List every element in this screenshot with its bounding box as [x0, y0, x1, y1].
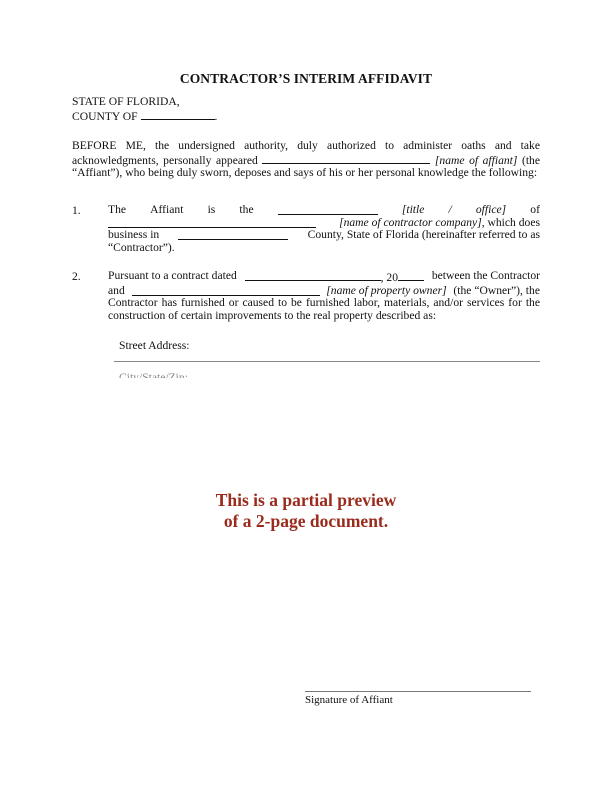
contract-dated: Pursuant to a contract dated: [108, 270, 237, 285]
item-1: The Affiant is the [title / office] of […: [108, 204, 540, 254]
venue-block: STATE OF FLORIDA, COUNTY OF .: [72, 96, 217, 123]
word: is: [208, 204, 216, 217]
company-placeholder: [name of contractor company]: [339, 216, 482, 229]
item-2: Pursuant to a contract dated , 20 betwee…: [108, 270, 540, 322]
item-1-number: 1.: [72, 204, 81, 217]
preview-line-2: of a 2-page document.: [0, 511, 612, 532]
item-2-number: 2.: [72, 270, 81, 283]
city-state-zip-label: City/State/Zip:: [119, 372, 188, 378]
document-page: CONTRACTOR’S INTERIM AFFIDAVIT STATE OF …: [0, 0, 612, 792]
business-in: business in: [108, 229, 159, 242]
word: The: [108, 204, 126, 217]
item-2-line-3: Contractor has furnished or caused to be…: [108, 297, 540, 310]
word: Affiant: [150, 204, 183, 217]
company-blank[interactable]: [108, 217, 316, 228]
street-address-line[interactable]: [114, 361, 540, 362]
item-2-line-4: construction of certain improvements to …: [108, 310, 540, 323]
word: the: [239, 204, 253, 217]
county-line: COUNTY OF .: [72, 109, 217, 124]
county-label: COUNTY OF: [72, 110, 138, 123]
preview-line-1: This is a partial preview: [0, 490, 612, 511]
affiant-placeholder: [name of affiant]: [435, 154, 518, 167]
county-suffix: .: [215, 110, 218, 123]
company-suffix: , which does: [482, 216, 540, 229]
signature-label: Signature of Affiant: [305, 694, 393, 706]
county-text: County, State of Florida (hereinafter re…: [308, 229, 540, 242]
contract-date-blank[interactable]: [245, 270, 381, 281]
intro-paragraph: BEFORE ME, the undersigned authority, du…: [72, 140, 540, 180]
title-blank[interactable]: [278, 204, 378, 215]
partial-preview-notice: This is a partial preview of a 2-page do…: [0, 490, 612, 532]
item-1-line-3: business in County, State of Florida (he…: [108, 229, 540, 242]
between-text: between the Contractor: [432, 270, 540, 285]
document-title: CONTRACTOR’S INTERIM AFFIDAVIT: [0, 71, 612, 87]
item-1-line-4: “Contractor”).: [108, 242, 540, 255]
signature-line[interactable]: [305, 691, 531, 692]
business-county-blank[interactable]: [178, 229, 288, 240]
state-line: STATE OF FLORIDA,: [72, 96, 217, 109]
owner-blank[interactable]: [132, 285, 320, 296]
item-2-line-1: Pursuant to a contract dated , 20 betwee…: [108, 270, 540, 285]
city-label-text: City/State/Zip:: [119, 372, 188, 378]
street-address-label: Street Address:: [119, 339, 190, 352]
year-prefix: , 20: [381, 271, 398, 284]
affiant-name-blank[interactable]: [262, 153, 430, 164]
county-blank[interactable]: [141, 109, 215, 120]
year-blank[interactable]: [398, 270, 424, 281]
